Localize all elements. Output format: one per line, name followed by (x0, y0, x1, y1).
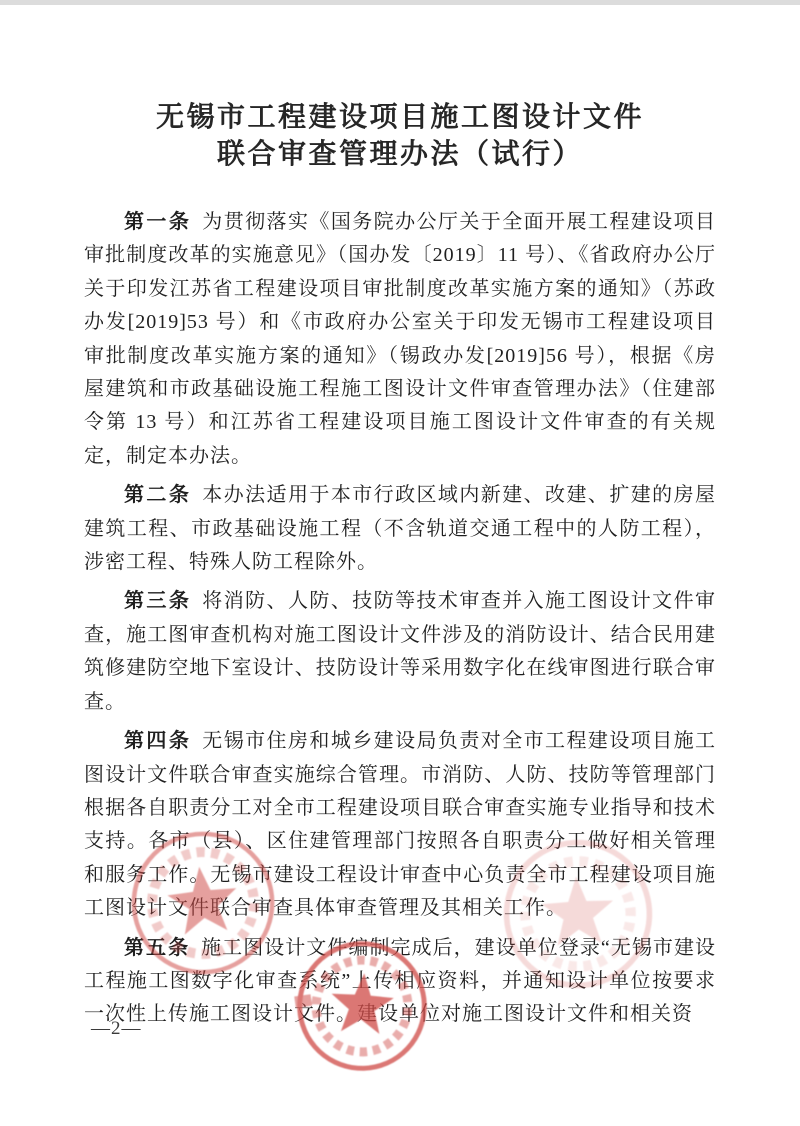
page-number: —2— (91, 1018, 142, 1040)
article-2: 第二条本办法适用于本市行政区域内新建、改建、扩建的房屋建筑工程、市政基础设施工程… (84, 479, 716, 579)
scan-edge-top (0, 0, 800, 5)
document-page: 无锡市工程建设项目施工图设计文件 联合审查管理办法（试行） 第一条为贯彻落实《国… (0, 0, 800, 1126)
article-3-label: 第三条 (124, 590, 191, 612)
article-4-text: 无锡市住房和城乡建设局负责对全市工程建设项目施工图设计文件联合审查实施综合管理。… (84, 730, 716, 919)
article-1-text: 为贯彻落实《国务院办公厅关于全面开展工程建设项目审批制度改革的实施意见》（国办发… (84, 211, 716, 467)
title-line-2: 联合审查管理办法（试行） (0, 135, 800, 172)
title-line-1: 无锡市工程建设项目施工图设计文件 (0, 98, 800, 135)
article-2-label: 第二条 (124, 484, 191, 506)
article-1-label: 第一条 (124, 211, 191, 233)
article-3: 第三条将消防、人防、技防等技术审查并入施工图设计文件审查，施工图审查机构对施工图… (84, 585, 716, 719)
article-4-label: 第四条 (124, 730, 191, 752)
article-5: 第五条施工图设计文件编制完成后，建设单位登录“无锡市建设工程施工图数字化审查系统… (84, 932, 716, 1032)
article-1: 第一条为贯彻落实《国务院办公厅关于全面开展工程建设项目审批制度改革的实施意见》（… (84, 206, 716, 473)
article-5-label: 第五条 (124, 937, 190, 959)
document-title: 无锡市工程建设项目施工图设计文件 联合审查管理办法（试行） (0, 98, 800, 172)
document-body: 第一条为贯彻落实《国务院办公厅关于全面开展工程建设项目审批制度改革的实施意见》（… (84, 206, 716, 1038)
article-4: 第四条无锡市住房和城乡建设局负责对全市工程建设项目施工图设计文件联合审查实施综合… (84, 725, 716, 925)
